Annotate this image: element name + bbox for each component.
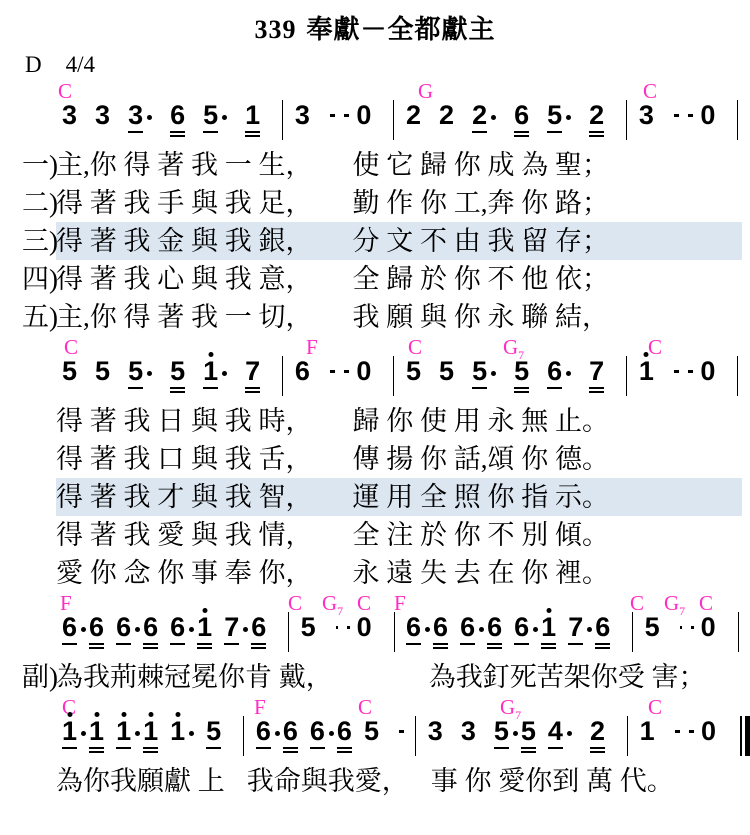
lyric-line: 得 著 我 金 與 我 銀，分 文 不 由 我 留 存； xyxy=(56,222,742,260)
duration-dot xyxy=(533,627,538,632)
note-core: 1 xyxy=(541,614,556,649)
chord-symbol: C xyxy=(64,336,78,358)
time-signature: 4/4 xyxy=(66,52,95,77)
duration-dot xyxy=(222,371,227,376)
note-digit: 6 xyxy=(256,718,271,745)
lyric-segment: 使 它 歸 你 成 為 聖； xyxy=(353,146,610,184)
lyric-row: 得 著 我 口 與 我 舌，傳 揚 你 話,頌 你 德。 xyxy=(0,440,750,478)
note-digit: 0 xyxy=(700,358,715,385)
note-core: 1 xyxy=(89,718,104,753)
note-core: 2 xyxy=(589,102,604,137)
note-core: 6 xyxy=(256,718,271,749)
note-underline xyxy=(170,387,185,389)
duration-dot xyxy=(567,731,572,736)
lyric-row: 為你我願獻 上我命與我愛，事 你 愛你到 萬 代。 xyxy=(0,762,750,800)
note-underline xyxy=(197,643,212,645)
note: 1 xyxy=(62,718,86,749)
duration-dot xyxy=(135,731,140,736)
key-signature: D xyxy=(25,52,42,77)
note-dash xyxy=(344,114,349,117)
note: 5 xyxy=(494,718,518,749)
note: 7 xyxy=(568,614,592,645)
note-digit: 6 xyxy=(514,614,529,641)
note-digit: 6 xyxy=(337,718,352,745)
note-digit: 5 xyxy=(521,718,536,745)
note-core: 0 xyxy=(701,614,716,641)
note-digit: 6 xyxy=(116,614,131,641)
note-underline xyxy=(203,131,218,133)
note: 3 xyxy=(95,102,110,129)
score-system: CFCG7C1111156666533554210為你我願獻 上我命與我愛，事 … xyxy=(0,696,750,800)
note-core: 5 xyxy=(364,718,379,745)
note: 3 xyxy=(639,102,654,129)
bar-line xyxy=(243,716,244,756)
note: 6 xyxy=(460,614,484,645)
score-system: CFCG7C5555176055556710得 著 我 日 與 我 時，歸 你 … xyxy=(0,336,750,592)
note-dash xyxy=(691,626,694,629)
note-core: 3 xyxy=(428,718,443,745)
note: 4 xyxy=(548,718,572,749)
note-digit: 6 xyxy=(406,614,421,641)
lyric-segment: 我命與我愛， xyxy=(247,762,409,800)
note-core: 3 xyxy=(461,718,476,745)
notation-line: 1111156666533554210 xyxy=(0,718,750,762)
note-core: 6 xyxy=(514,102,529,137)
note-core: 6 xyxy=(514,614,529,645)
hymn-number: 339 xyxy=(254,15,296,44)
note-core: 6 xyxy=(170,102,185,137)
note-core: 5 xyxy=(206,718,221,749)
chord-symbol: C xyxy=(699,592,713,614)
lyric-line: 為你我願獻 上我命與我愛，事 你 愛你到 萬 代。 xyxy=(56,762,742,800)
note-dash xyxy=(674,370,679,373)
note: 1 xyxy=(541,614,556,649)
note-core: 1 xyxy=(197,614,212,649)
note: 1 xyxy=(639,358,654,385)
note-core: 6 xyxy=(487,614,502,649)
page-title: 339奉獻－全都獻主 xyxy=(0,14,750,46)
lyric-segment: 全 歸 於 你 不 他 依； xyxy=(353,260,610,298)
chord-row: CGC xyxy=(0,80,750,102)
bar-line xyxy=(282,100,283,140)
note-digit: 5 xyxy=(203,102,218,129)
lyric-segment: 運 用 全 照 你 指 示。 xyxy=(353,478,610,516)
note: 7 xyxy=(245,358,260,393)
note-underline xyxy=(460,643,475,645)
note: 5 xyxy=(406,358,421,385)
note-dash xyxy=(347,626,350,629)
octave-dot xyxy=(67,712,72,717)
note: 0 xyxy=(701,718,716,745)
note-digit: 6 xyxy=(62,614,77,641)
note-digit: 1 xyxy=(541,614,556,641)
note: 5 xyxy=(62,358,77,385)
note: 3 xyxy=(295,102,310,129)
note-core: 0 xyxy=(700,358,715,385)
note-underline xyxy=(595,647,610,649)
note-core: 6 xyxy=(251,614,266,649)
note-core: 6 xyxy=(547,358,562,389)
note: 5 xyxy=(547,102,571,133)
note-dash xyxy=(336,626,339,629)
note-core: 1 xyxy=(170,718,185,745)
note-core: 7 xyxy=(224,614,239,645)
note: 6 xyxy=(62,614,86,645)
lyric-segment: 主,你 得 著 我 一 生， xyxy=(56,146,313,184)
lyric-segment: 得 著 我 口 與 我 舌， xyxy=(56,440,313,478)
note: 2 xyxy=(589,102,604,137)
note: 0 xyxy=(357,614,372,641)
note-core: 0 xyxy=(357,614,372,641)
verse-number: 四) xyxy=(22,260,58,298)
note-core: 5 xyxy=(128,358,143,389)
note-core: 5 xyxy=(472,358,487,389)
bar-line xyxy=(626,356,627,396)
note-digit: 5 xyxy=(547,102,562,129)
note-underline xyxy=(245,131,260,133)
notation-line: 5555176055556710 xyxy=(0,358,750,402)
duration-dot xyxy=(491,115,496,120)
note-core: 6 xyxy=(406,614,421,645)
lyric-segment: 為我釘死苦架你受 害； xyxy=(429,658,706,696)
note-underline xyxy=(143,747,158,749)
note-digit: 0 xyxy=(356,102,371,129)
note-underline xyxy=(170,135,185,137)
lyric-segment: 得 著 我 愛 與 我 情， xyxy=(56,516,313,554)
note-digit: 5 xyxy=(62,358,77,385)
note: 5 xyxy=(170,358,185,393)
chord-symbol: C xyxy=(408,336,422,358)
note-digit: 7 xyxy=(568,614,583,641)
note-underline xyxy=(589,135,604,137)
score-system: CGC3336513022265230一)主,你 得 著 我 一 生，使 它 歸… xyxy=(0,80,750,336)
note-digit: 0 xyxy=(356,358,371,385)
chord-symbol: F xyxy=(306,336,318,358)
note-dash xyxy=(689,730,694,733)
note-digit: 4 xyxy=(548,718,563,745)
note-core: 5 xyxy=(301,614,316,641)
note-underline xyxy=(514,131,529,133)
duration-dot xyxy=(425,627,430,632)
final-bar-line xyxy=(740,716,750,756)
note-underline xyxy=(245,135,260,137)
note-dash xyxy=(688,370,693,373)
lyric-line: 得 著 我 日 與 我 時，歸 你 使 用 永 無 止。 xyxy=(56,402,742,440)
note-digit: 5 xyxy=(472,358,487,385)
duration-dot xyxy=(491,371,496,376)
note-digit: 6 xyxy=(547,358,562,385)
notation-line: 3336513022265230 xyxy=(0,102,750,146)
lyric-row: 得 著 我 日 與 我 時，歸 你 使 用 永 無 止。 xyxy=(0,402,750,440)
note-core: 5 xyxy=(645,614,660,641)
bar-line xyxy=(745,716,750,756)
note: 6 xyxy=(116,614,140,645)
note-digit: 1 xyxy=(62,718,77,745)
note: 6 xyxy=(514,614,538,645)
chord-row: CFCG7C xyxy=(0,696,750,718)
note: 0 xyxy=(700,102,715,129)
lyric-line: 得 著 我 口 與 我 舌，傳 揚 你 話,頌 你 德。 xyxy=(56,440,742,478)
duration-dot xyxy=(513,731,518,736)
note: 1 xyxy=(203,358,227,389)
note-digit: 2 xyxy=(439,102,454,129)
note-underline xyxy=(487,647,502,649)
note-underline xyxy=(224,643,239,645)
lyric-row: 愛 你 念 你 事 奉 你，永 遠 失 去 在 你 裡。 xyxy=(0,554,750,592)
note-core: 0 xyxy=(356,358,371,385)
lyric-segment: 得 著 我 手 與 我 足， xyxy=(56,184,313,222)
note-digit: 5 xyxy=(439,358,454,385)
note-core: 6 xyxy=(89,614,104,649)
note: 5 xyxy=(439,358,454,385)
note: 6 xyxy=(170,102,185,137)
note-core: 4 xyxy=(548,718,563,749)
note-digit: 7 xyxy=(589,358,604,385)
note-digit: 0 xyxy=(701,614,716,641)
note: 5 xyxy=(364,718,379,745)
note-underline xyxy=(521,751,536,753)
note-underline xyxy=(251,643,266,645)
note-core: 7 xyxy=(589,358,604,393)
note-core: 5 xyxy=(439,358,454,385)
bar-line xyxy=(282,356,283,396)
note-digit: 3 xyxy=(128,102,143,129)
note-dash xyxy=(330,370,335,373)
chord-subscript: 7 xyxy=(337,604,343,618)
note-digit: 6 xyxy=(170,102,185,129)
note-digit: 6 xyxy=(460,614,475,641)
chord-symbol: C xyxy=(648,696,662,718)
note-digit: 6 xyxy=(251,614,266,641)
verse-number: 三) xyxy=(22,222,58,260)
key-time-line: D4/4 xyxy=(25,50,750,80)
lyric-line: 為我荊棘冠冕你肯 戴，為我釘死苦架你受 害； xyxy=(56,658,742,696)
note-underline xyxy=(62,643,77,645)
note-core: 7 xyxy=(568,614,583,645)
note-underline xyxy=(590,751,605,753)
note-underline xyxy=(590,747,605,749)
note-core: 2 xyxy=(406,102,421,129)
note-core: 5 xyxy=(170,358,185,393)
note-core: 6 xyxy=(116,614,131,645)
duration-dot xyxy=(189,627,194,632)
note-digit: 7 xyxy=(224,614,239,641)
note: 5 xyxy=(301,614,316,641)
lyric-segment: 得 著 我 心 與 我 意， xyxy=(56,260,313,298)
chord-subscript: 7 xyxy=(679,604,685,618)
note: 2 xyxy=(590,718,605,753)
note: 2 xyxy=(439,102,454,129)
note-underline xyxy=(62,747,77,749)
note-core: 6 xyxy=(310,718,325,749)
note-digit: 1 xyxy=(203,358,218,385)
note-underline xyxy=(170,131,185,133)
lyric-line: 得 著 我 才 與 我 智，運 用 全 照 你 指 示。 xyxy=(56,478,742,516)
chord-symbol: C xyxy=(288,592,302,614)
verse-number: 二) xyxy=(22,184,58,222)
note-underline xyxy=(203,387,218,389)
note: 6 xyxy=(487,614,502,649)
note-core: 3 xyxy=(62,102,77,129)
note-digit: 5 xyxy=(128,358,143,385)
note: 7 xyxy=(224,614,248,645)
note-digit: 5 xyxy=(206,718,221,745)
note-underline xyxy=(547,387,562,389)
duration-dot xyxy=(189,731,194,736)
note-core: 3 xyxy=(128,102,143,133)
note-digit: 1 xyxy=(639,358,654,385)
note: 1 xyxy=(143,718,158,753)
lyric-segment: 永 遠 失 去 在 你 裡。 xyxy=(353,554,610,592)
note: 6 xyxy=(89,614,104,649)
chord-symbol: C xyxy=(630,592,644,614)
note: 6 xyxy=(547,358,571,389)
note-digit: 1 xyxy=(143,718,158,745)
note-digit: 6 xyxy=(283,718,298,745)
lyric-segment: 愛 你 念 你 事 奉 你， xyxy=(56,554,313,592)
duration-dot xyxy=(135,627,140,632)
note-digit: 6 xyxy=(170,614,185,641)
note-underline xyxy=(337,751,352,753)
note: 1 xyxy=(170,718,194,745)
hymn-title: 奉獻－全都獻主 xyxy=(306,15,495,44)
lyric-line: 主,你 得 著 我 一 切，我 願 與 你 永 聯 結， xyxy=(56,298,742,336)
octave-dot xyxy=(148,712,153,717)
note-underline xyxy=(116,643,131,645)
note-underline xyxy=(143,643,158,645)
note-underline xyxy=(197,647,212,649)
duration-dot xyxy=(275,731,280,736)
note-digit: 5 xyxy=(494,718,509,745)
note-digit: 3 xyxy=(295,102,310,129)
note-digit: 6 xyxy=(295,358,310,385)
duration-dot xyxy=(81,627,86,632)
lyric-row: 四)得 著 我 心 與 我 意，全 歸 於 你 不 他 依； xyxy=(0,260,750,298)
note-digit: 0 xyxy=(701,718,716,745)
lyric-segment: 我 願 與 你 永 聯 結， xyxy=(353,298,610,336)
note-digit: 1 xyxy=(640,718,655,745)
chord-symbol: G7 xyxy=(322,592,343,614)
note-digit: 2 xyxy=(590,718,605,745)
note-digit: 5 xyxy=(514,358,529,385)
note-underline xyxy=(251,647,266,649)
lyric-row: 得 著 我 才 與 我 智，運 用 全 照 你 指 示。 xyxy=(0,478,750,516)
lyric-segment: 傳 揚 你 話,頌 你 德。 xyxy=(353,440,610,478)
note-underline xyxy=(89,747,104,749)
note-core: 5 xyxy=(514,358,529,393)
chord-symbol: C xyxy=(648,336,662,358)
note-digit: 1 xyxy=(89,718,104,745)
note-dash xyxy=(675,730,680,733)
note-digit: 2 xyxy=(589,102,604,129)
lyric-line: 主,你 得 著 我 一 生，使 它 歸 你 成 為 聖； xyxy=(56,146,742,184)
note-underline xyxy=(568,643,583,645)
note-core: 3 xyxy=(95,102,110,129)
score-system: FCG7CFCG7C66666176506666617650副)為我荊棘冠冕你肯… xyxy=(0,592,750,696)
lyric-line: 愛 你 念 你 事 奉 你，永 遠 失 去 在 你 裡。 xyxy=(56,554,742,592)
note-dash xyxy=(688,114,693,117)
note-dash xyxy=(399,730,404,733)
lyric-row: 三)得 著 我 金 與 我 銀，分 文 不 由 我 留 存； xyxy=(0,222,750,260)
note-digit: 0 xyxy=(700,102,715,129)
chord-symbol: G7 xyxy=(664,592,685,614)
note-dash xyxy=(680,626,683,629)
lyric-segment: 分 文 不 由 我 留 存； xyxy=(353,222,610,260)
note-core: 2 xyxy=(472,102,487,133)
note: 6 xyxy=(337,718,352,753)
note-underline xyxy=(433,643,448,645)
note: 5 xyxy=(521,718,536,753)
note-core: 5 xyxy=(547,102,562,133)
note: 5 xyxy=(203,102,227,133)
bar-line xyxy=(393,100,394,140)
note-digit: 0 xyxy=(357,614,372,641)
duration-dot xyxy=(81,731,86,736)
note: 5 xyxy=(95,358,110,385)
lyric-row: 得 著 我 愛 與 我 情，全 注 於 你 不 別 傾。 xyxy=(0,516,750,554)
chord-symbol: F xyxy=(394,592,406,614)
note: 0 xyxy=(356,102,371,129)
note-underline xyxy=(206,747,221,749)
note-underline xyxy=(541,647,556,649)
note: 6 xyxy=(595,614,610,649)
note-core: 0 xyxy=(700,102,715,129)
duration-dot xyxy=(329,731,334,736)
note-digit: 3 xyxy=(639,102,654,129)
chord-symbol: C xyxy=(357,592,371,614)
chord-row: CFCG7C xyxy=(0,336,750,358)
lyric-row: 副)為我荊棘冠冕你肯 戴，為我釘死苦架你受 害； xyxy=(0,658,750,696)
note: 1 xyxy=(197,614,212,649)
note-core: 1 xyxy=(203,358,218,389)
note-digit: 6 xyxy=(595,614,610,641)
note: 3 xyxy=(128,102,152,133)
notation-line: 66666176506666617650 xyxy=(0,614,750,658)
note: 3 xyxy=(428,718,443,745)
note-core: 6 xyxy=(283,718,298,753)
note-digit: 3 xyxy=(461,718,476,745)
bar-line xyxy=(415,716,416,756)
note-core: 3 xyxy=(295,102,310,129)
note-underline xyxy=(283,751,298,753)
note-underline xyxy=(472,387,487,389)
note-underline xyxy=(521,747,536,749)
note: 5 xyxy=(514,358,529,393)
chord-symbol: G7 xyxy=(500,696,521,718)
duration-dot xyxy=(147,115,152,120)
note-core: 6 xyxy=(62,614,77,645)
note-digit: 5 xyxy=(170,358,185,385)
note-underline xyxy=(494,747,509,749)
note-core: 1 xyxy=(62,718,77,749)
note: 6 xyxy=(514,102,529,137)
note-underline xyxy=(245,387,260,389)
octave-dot xyxy=(121,712,126,717)
lyric-segment: 為我荊棘冠冕你肯 戴， xyxy=(56,658,333,696)
note-digit: 5 xyxy=(364,718,379,745)
duration-dot xyxy=(222,115,227,120)
note-underline xyxy=(541,643,556,645)
octave-dot xyxy=(175,712,180,717)
note-core: 1 xyxy=(639,358,654,385)
note: 1 xyxy=(640,718,655,745)
bar-line xyxy=(737,356,738,396)
note-digit: 5 xyxy=(301,614,316,641)
note-underline xyxy=(89,647,104,649)
note-dash xyxy=(344,370,349,373)
note: 6 xyxy=(433,614,448,649)
duration-dot xyxy=(147,371,152,376)
